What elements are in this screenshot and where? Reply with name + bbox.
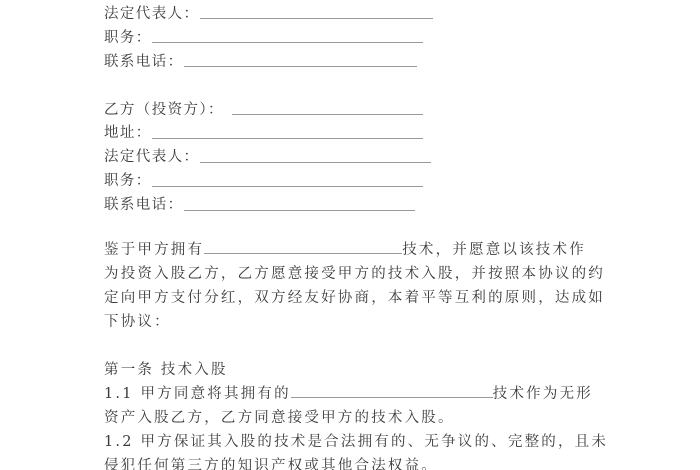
preamble-line-4: 下协议： [104, 310, 171, 334]
preamble-line1-post: 技术，并愿意以该技术作 [402, 242, 586, 258]
clause-1-1-line-2: 资产入股乙方，乙方同意接受甲方的技术入股。 [104, 406, 455, 430]
preamble-line-3: 定向甲方支付分红，双方经友好协商，本着平等互利的原则，达成如 [104, 286, 605, 310]
party-a-legal-rep-label: 法定代表人： [104, 3, 199, 25]
preamble-line-1: 鉴于甲方拥有技术，并愿意以该技术作 [104, 238, 586, 262]
party-a-phone-row: 联系电话： [104, 51, 184, 73]
party-a-legal-rep-row: 法定代表人： [104, 3, 199, 25]
preamble-line1-pre: 鉴于甲方拥有 [104, 242, 204, 258]
party-b-position-blank[interactable] [152, 186, 423, 187]
preamble-line-2: 为投资入股乙方，乙方愿意接受甲方的技术入股，并按照本协议的约 [104, 262, 605, 286]
clause-1-2-line-1: 1.2 甲方保证其入股的技术是合法拥有的、无争议的、完整的，且未 [104, 430, 608, 454]
party-b-legal-rep-label: 法定代表人： [104, 146, 199, 168]
contract-page: 法定代表人： 职务： 联系电话： 乙方（投资方）： 地址： 法定代表人： 职务：… [0, 0, 700, 470]
party-a-position-blank[interactable] [152, 42, 423, 43]
party-b-position-row: 职务： [104, 170, 152, 192]
party-b-position-label: 职务： [104, 170, 152, 192]
party-a-phone-blank[interactable] [184, 66, 417, 67]
party-a-legal-rep-blank[interactable] [200, 18, 433, 19]
clause-1-1-technology-blank[interactable] [291, 383, 493, 398]
party-b-legal-rep-blank[interactable] [200, 162, 431, 163]
clause-1-1-line-1: 1.1 甲方同意将其拥有的技术作为无形 [104, 382, 593, 406]
party-b-address-label: 地址： [104, 122, 152, 144]
party-b-legal-rep-row: 法定代表人： [104, 146, 199, 168]
party-a-position-row: 职务： [104, 27, 152, 49]
clause-1-1-post: 技术作为无形 [493, 386, 593, 402]
article-1-heading: 第一条 技术入股 [104, 358, 228, 382]
clause-1-2-line-2: 侵犯任何第三方的知识产权或其他合法权益。 [104, 454, 438, 470]
clause-1-1-pre: 1.1 甲方同意将其拥有的 [104, 386, 291, 402]
party-b-title-label: 乙方（投资方）： [104, 99, 224, 121]
party-b-name-blank[interactable] [232, 114, 423, 115]
technology-name-blank[interactable] [204, 239, 402, 254]
party-a-phone-label: 联系电话： [104, 51, 184, 73]
party-b-phone-row: 联系电话： [104, 194, 184, 216]
party-b-title-row: 乙方（投资方）： [104, 99, 224, 121]
party-b-phone-label: 联系电话： [104, 194, 184, 216]
party-b-address-row: 地址： [104, 122, 152, 144]
party-b-address-blank[interactable] [152, 138, 423, 139]
party-a-position-label: 职务： [104, 27, 152, 49]
party-b-phone-blank[interactable] [184, 210, 415, 211]
